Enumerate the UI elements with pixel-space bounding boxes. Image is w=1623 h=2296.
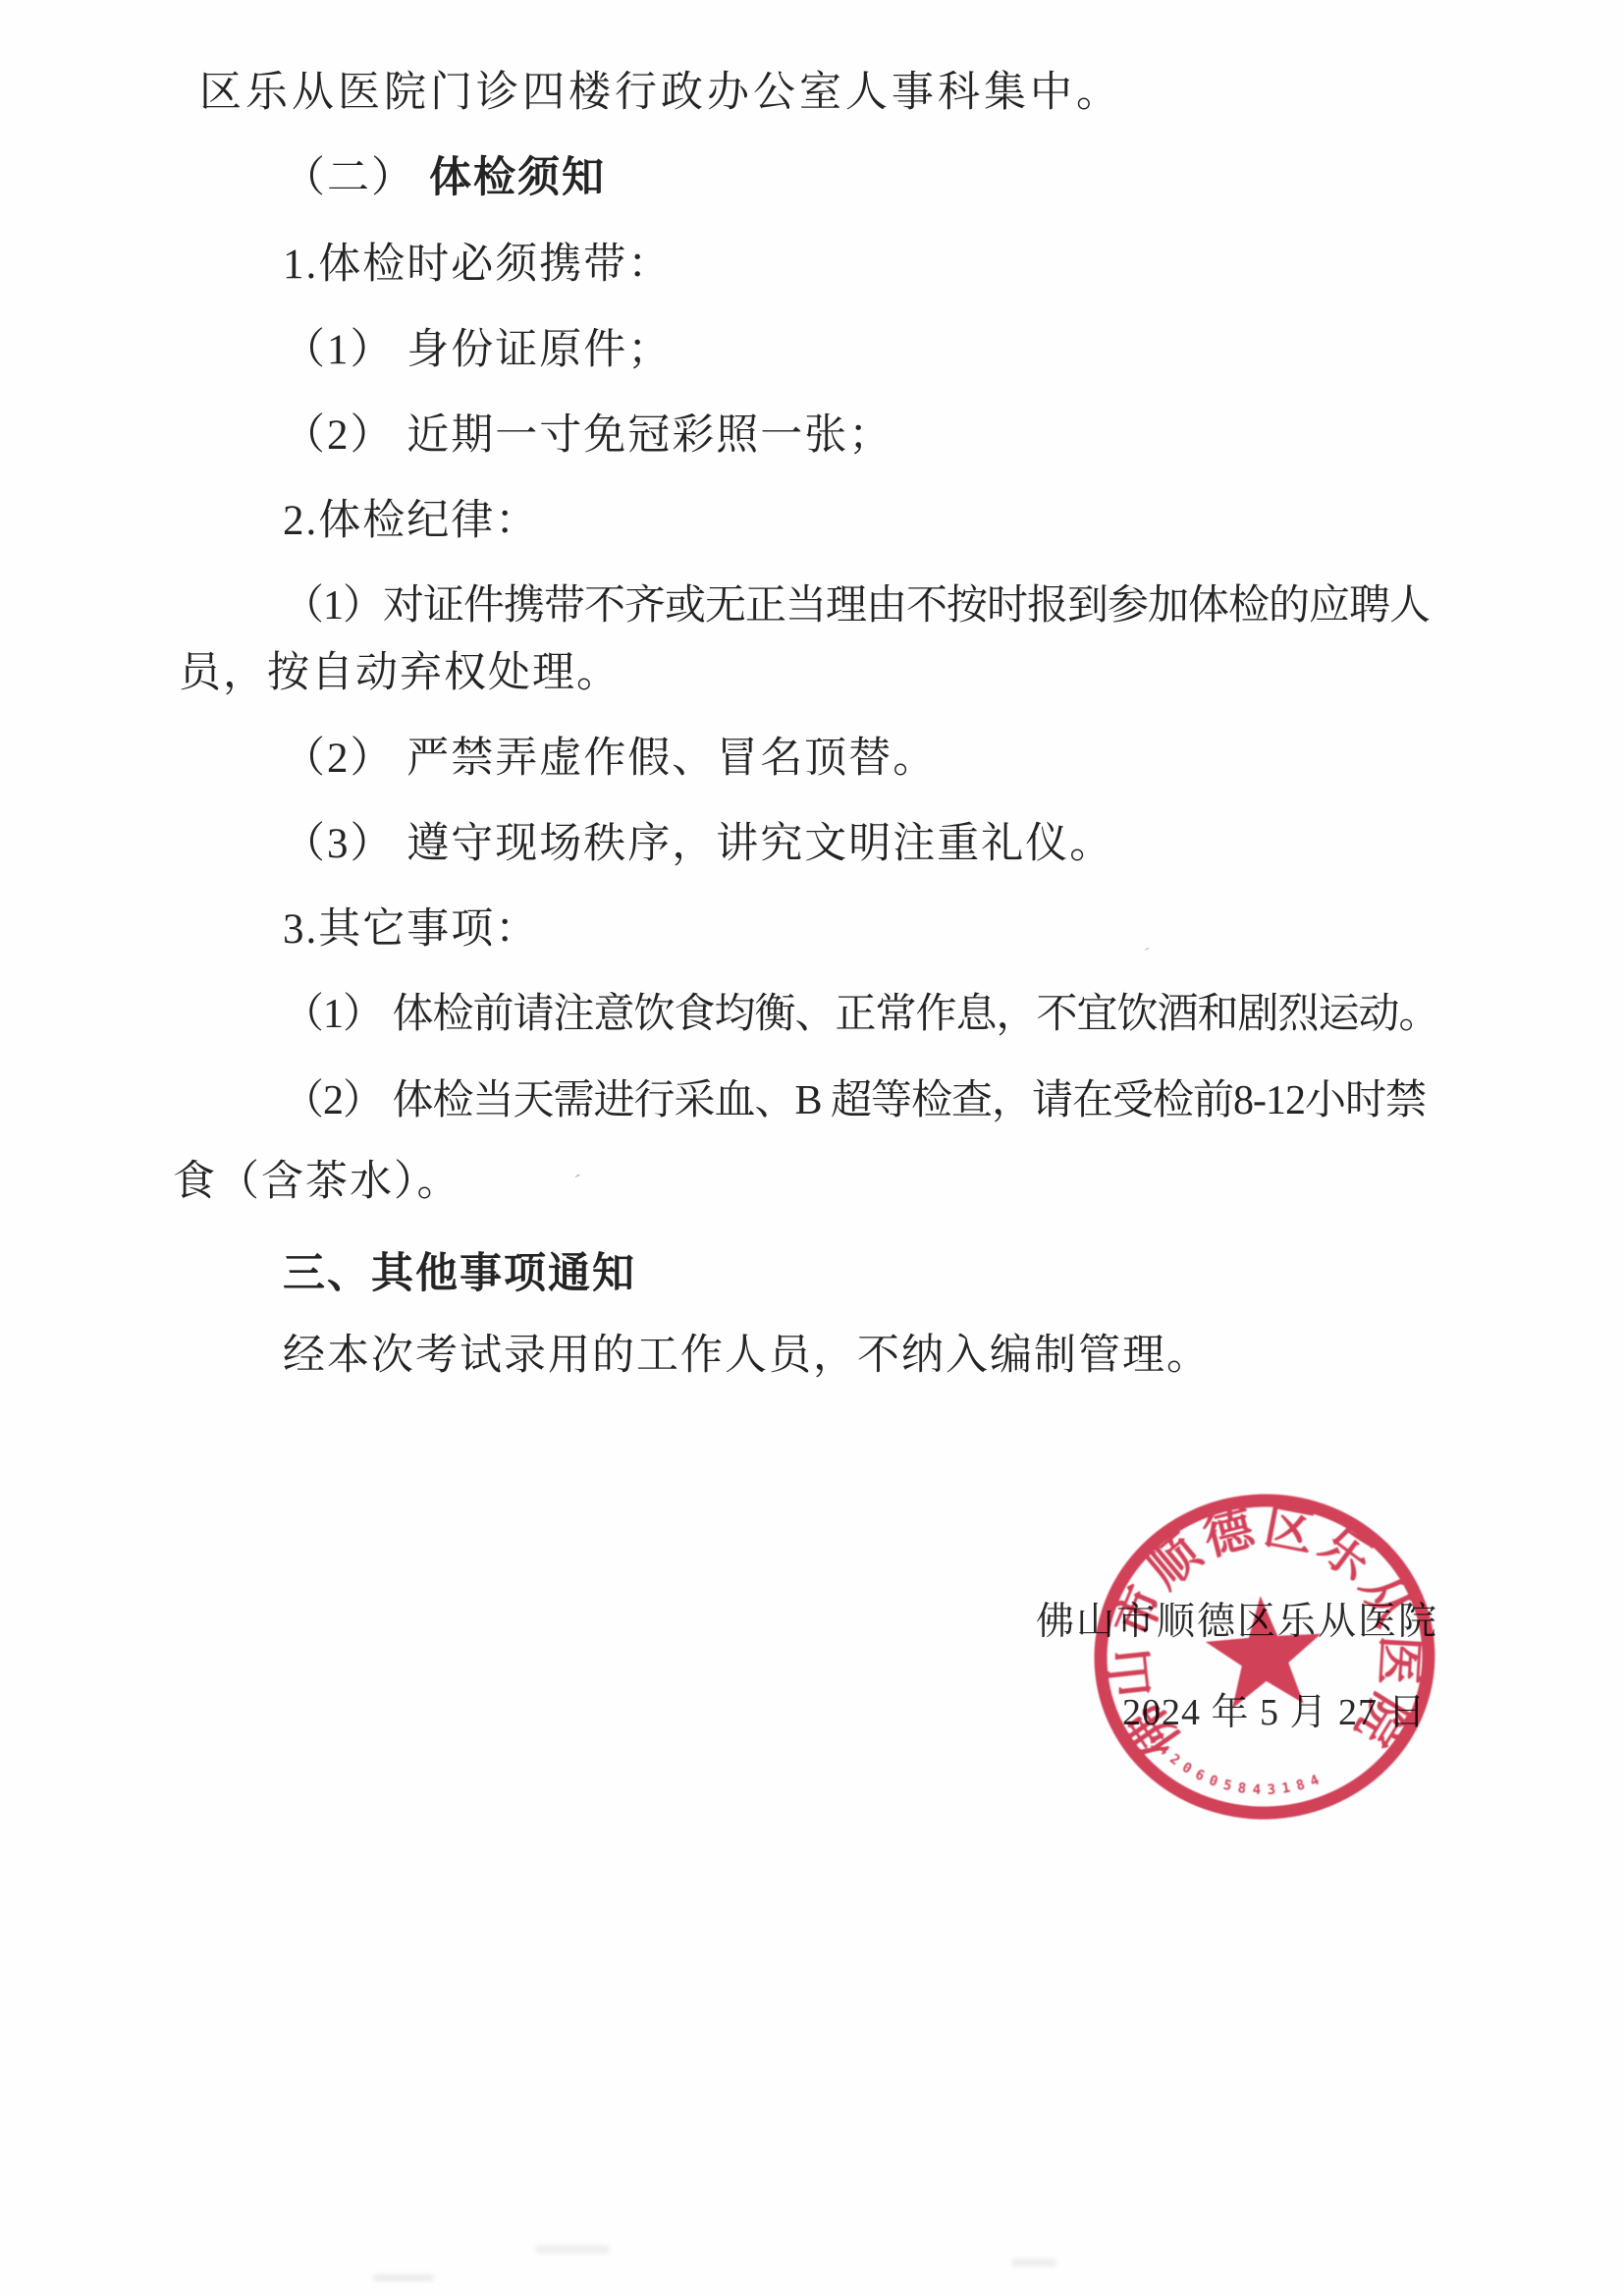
list-item-2-1-line2: 员，按自动弃权处理。 <box>179 651 621 695</box>
heading-number: （二） <box>283 155 415 201</box>
heading-title: 体检须知 <box>429 155 606 201</box>
official-seal: 佛山市顺德区乐从医院 4420605843184 <box>1082 1481 1448 1833</box>
list-item-3-2-line2: 食（含茶水）。 <box>173 1160 461 1204</box>
list-item-3-2-line1: （2） 体检当天需进行采血、B 超等检查，请在受检前8-12小时禁 <box>283 1079 1426 1122</box>
list-item-3: 3.其它事项： <box>283 907 539 952</box>
list-item-2-2: （2） 严禁弄虚作假、冒名顶替。 <box>283 737 937 781</box>
scan-artifact <box>535 2245 610 2254</box>
list-item-2-1-line1: （1）对证件携带不齐或无正当理由不按时报到参加体检的应聘人 <box>283 584 1430 628</box>
scan-artifact <box>1011 2259 1056 2267</box>
scan-artifact: ˊ <box>1140 944 1152 966</box>
list-item-2-3: （3） 遵守现场秩序，讲究文明注重礼仪。 <box>283 822 1113 866</box>
star-icon <box>1203 1592 1326 1710</box>
section-heading-2: （二）体检须知 <box>283 156 606 200</box>
scanned-document-page: 区乐从医院门诊四楼行政办公室人事科集中。 （二）体检须知 1.体检时必须携带： … <box>0 0 1623 2296</box>
list-item-3-1: （1） 体检前请注意饮食均衡、正常作息，不宜饮酒和剧烈运动。 <box>283 993 1439 1036</box>
scan-artifact: ˊ <box>570 1171 582 1193</box>
body-closing-sentence: 经本次考试录用的工作人员，不纳入编制管理。 <box>283 1334 1211 1378</box>
scan-artifact <box>373 2274 434 2281</box>
section-heading-3: 三、其他事项通知 <box>283 1252 636 1296</box>
list-item-2: 2.体检纪律： <box>283 499 539 543</box>
body-line-continuation: 区乐从医院门诊四楼行政办公室人事科集中。 <box>199 71 1122 115</box>
list-item-1-1: （1） 身份证原件； <box>283 328 672 372</box>
list-item-1-2: （2） 近期一寸免冠彩照一张； <box>283 413 893 458</box>
list-item-1: 1.体检时必须携带： <box>283 243 672 287</box>
